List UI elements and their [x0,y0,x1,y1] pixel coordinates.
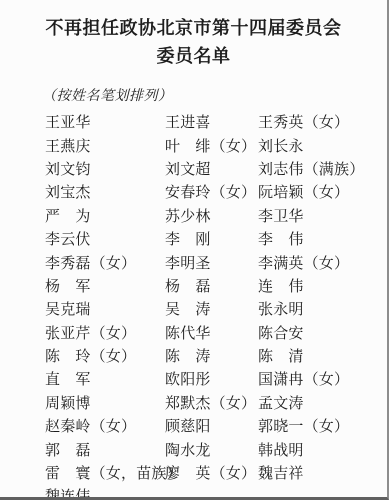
member-name: 赵秦岭（女） [45,415,165,436]
member-name: 郑默杰（女） [165,392,258,413]
member-name: 苏少林 [165,205,258,226]
member-name: 李云伏 [45,228,165,249]
member-name: 周颖博 [45,392,165,413]
name-row: 魏连伟 [45,484,387,500]
name-row: 王亚华 王进喜 王秀英（女） [45,110,387,133]
member-name: 陈 玲（女） [45,345,165,366]
name-row: 李秀磊（女） 李明圣 李满英（女） [45,250,387,273]
member-name: 李 伟 [258,228,387,249]
name-row: 张亚芹（女） 陈代华 陈合安 [45,321,387,344]
member-name: 刘文钧 [45,158,165,179]
sort-order-note: （按姓名笔划排列） [42,85,387,105]
member-name: 刘志伟（满族） [258,158,387,179]
member-name: 安春玲（女） [165,181,258,202]
name-row: 刘文钧 刘文超 刘志伟（满族） [45,157,387,180]
name-row: 严 为 苏少林 李卫华 [45,204,387,227]
member-name: 连 伟 [258,275,387,296]
name-row: 王燕庆 叶 绯（女） 刘长永 [45,133,387,156]
member-name: 雷 寰（女，苗族） [45,462,165,483]
member-name: 张永明 [258,298,387,319]
member-name: 王进喜 [165,111,258,132]
member-name: 刘长永 [258,135,387,156]
member-name: 李 刚 [165,228,258,249]
member-name: 陈代华 [165,322,258,343]
member-name: 欧阳彤 [165,368,258,389]
title-line-2: 委员名单 [0,42,387,70]
member-name: 魏连伟 [45,485,165,500]
member-name: 杨 磊 [165,275,258,296]
member-name: 国潇冉（女） [258,368,387,389]
member-name: 孟文涛 [258,392,387,413]
name-row: 陈 玲（女） 陈 涛 陈 清 [45,344,387,367]
member-name: 李卫华 [258,205,387,226]
member-name: 严 为 [45,205,165,226]
document-title: 不再担任政协北京市第十四届委员会 委员名单 [0,14,387,70]
name-row: 雷 寰（女，苗族） 廖 英（女） 魏吉祥 [45,461,387,484]
name-row: 杨 军 杨 磊 连 伟 [45,274,387,297]
member-name: 李秀磊（女） [45,252,165,273]
member-name: 直 军 [45,368,165,389]
name-row: 直 军 欧阳彤 国潇冉（女） [45,367,387,390]
member-name: 阮培颖（女） [258,181,387,202]
member-name: 郭 磊 [45,439,165,460]
name-row: 周颖博 郑默杰（女） 孟文涛 [45,391,387,414]
name-row: 吴克瑞 吴 涛 张永明 [45,297,387,320]
name-row: 刘宝杰 安春玲（女） 阮培颖（女） [45,180,387,203]
member-name: 吴 涛 [165,298,258,319]
member-name: 张亚芹（女） [45,322,165,343]
document-page: 不再担任政协北京市第十四届委员会 委员名单 （按姓名笔划排列） 王亚华 王进喜 … [0,0,389,500]
member-name: 陈 涛 [165,345,258,366]
member-name: 吴克瑞 [45,298,165,319]
member-name: 陈 清 [258,345,387,366]
member-name: 李满英（女） [258,252,387,273]
member-name: 陶水龙 [165,439,258,460]
member-name: 王燕庆 [45,135,165,156]
member-name: 顾慈阳 [165,415,258,436]
member-name: 廖 英（女） [165,462,258,483]
member-name: 叶 绯（女） [165,135,258,156]
name-row: 李云伏 李 刚 李 伟 [45,227,387,250]
member-name: 魏吉祥 [258,462,387,483]
member-name: 李明圣 [165,252,258,273]
member-name: 韩战明 [258,439,387,460]
member-name: 陈合安 [258,322,387,343]
member-name: 王秀英（女） [258,111,387,132]
member-name-list: 王亚华 王进喜 王秀英（女） 王燕庆 叶 绯（女） 刘长永 刘文钧 刘文超 刘志… [0,110,387,500]
member-name: 杨 军 [45,275,165,296]
member-name: 郭晓一（女） [258,415,387,436]
name-row: 郭 磊 陶水龙 韩战明 [45,437,387,460]
member-name: 刘文超 [165,158,258,179]
name-row: 赵秦岭（女） 顾慈阳 郭晓一（女） [45,414,387,437]
member-name: 刘宝杰 [45,181,165,202]
member-name: 王亚华 [45,111,165,132]
title-line-1: 不再担任政协北京市第十四届委员会 [0,14,387,42]
